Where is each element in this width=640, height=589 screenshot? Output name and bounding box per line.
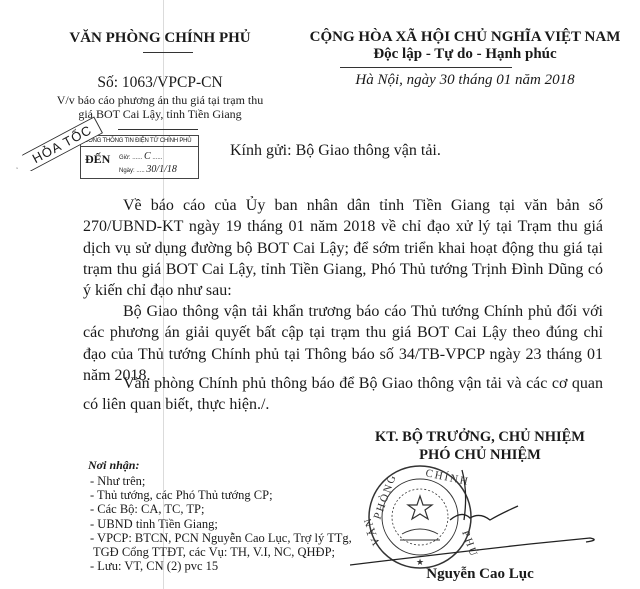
recipient-item: - Các Bộ: CA, TC, TP; xyxy=(90,502,352,516)
svg-text:PHÒNG: PHÒNG xyxy=(372,472,400,521)
received-time-label: Giờ: xyxy=(119,155,131,161)
body-paragraph-1: Về báo cáo của Ủy ban nhân dân tỉnh Tiền… xyxy=(83,195,603,301)
official-seal-and-signature: PHÒNG CHÍNH VĂN PHỦ ★ xyxy=(350,462,610,572)
recipient-line: Kính gửi: Bộ Giao thông vận tải. xyxy=(230,142,441,160)
received-label: ĐẾN xyxy=(85,152,110,167)
received-stamp: CÔNG THÔNG TIN ĐIỆN TỬ CHÍNH PHỦ ĐẾN Giờ… xyxy=(80,135,199,179)
received-stamp-header: CÔNG THÔNG TIN ĐIỆN TỬ CHÍNH PHỦ xyxy=(81,136,198,147)
subject-underline xyxy=(118,129,198,130)
subject-line: V/v báo cáo phương án thu giá tại trạm t… xyxy=(45,93,275,107)
recipients-list: - Như trên; - Thủ tướng, các Phó Thủ tướ… xyxy=(90,474,352,573)
national-motto: Độc lập - Tự do - Hạnh phúc xyxy=(300,46,630,63)
body-text: Văn phòng Chính phủ thông báo để Bộ Giao… xyxy=(83,373,603,416)
agency-underline xyxy=(143,52,193,53)
nation-name: CỘNG HÒA XÃ HỘI CHỦ NGHĨA VIỆT NAM xyxy=(300,29,630,46)
recipient-item: - VPCP: BTCN, PCN Nguyễn Cao Lục, Trợ lý… xyxy=(90,531,352,545)
body-paragraph-3: Văn phòng Chính phủ thông báo để Bộ Giao… xyxy=(83,373,603,416)
document-number: Số: 1063/VPCP-CN xyxy=(45,74,275,92)
received-time-value: C xyxy=(144,151,151,162)
received-time: Giờ: ...... C ...... xyxy=(119,151,162,162)
agency-name: VĂN PHÒNG CHÍNH PHỦ xyxy=(45,30,275,47)
signature-title-line: KT. BỘ TRƯỞNG, CHỦ NHIỆM xyxy=(330,428,630,446)
received-date-label: Ngày: xyxy=(119,168,135,174)
recipient-item: TGĐ Cổng TTĐT, các Vụ: TH, V.I, NC, QHĐP… xyxy=(90,545,352,559)
national-header: CỘNG HÒA XÃ HỘI CHỦ NGHĨA VIỆT NAM Độc l… xyxy=(300,29,630,63)
document-subject: V/v báo cáo phương án thu giá tại trạm t… xyxy=(45,93,275,121)
place-date: Hà Nội, ngày 30 tháng 01 năm 2018 xyxy=(310,72,620,89)
received-date-value: 30/1/18 xyxy=(146,164,177,175)
signature-title: KT. BỘ TRƯỞNG, CHỦ NHIỆM PHÓ CHỦ NHIỆM xyxy=(330,428,630,464)
signer-name: Nguyễn Cao Lục xyxy=(330,566,630,583)
recipients-list-title: Nơi nhận: xyxy=(88,458,139,473)
motto-underline xyxy=(340,67,512,68)
subject-line: giá BOT Cai Lậy, tỉnh Tiền Giang xyxy=(45,107,275,121)
recipient-item: - Như trên; xyxy=(90,474,352,488)
recipient-item: - UBND tỉnh Tiền Giang; xyxy=(90,517,352,531)
received-date: Ngày: ..... 30/1/18 xyxy=(119,164,177,175)
recipient-item: - Lưu: VT, CN (2) pvc 15 xyxy=(90,559,352,573)
body-text: Về báo cáo của Ủy ban nhân dân tỉnh Tiền… xyxy=(83,195,603,301)
recipient-item: - Thủ tướng, các Phó Thủ tướng CP; xyxy=(90,488,352,502)
